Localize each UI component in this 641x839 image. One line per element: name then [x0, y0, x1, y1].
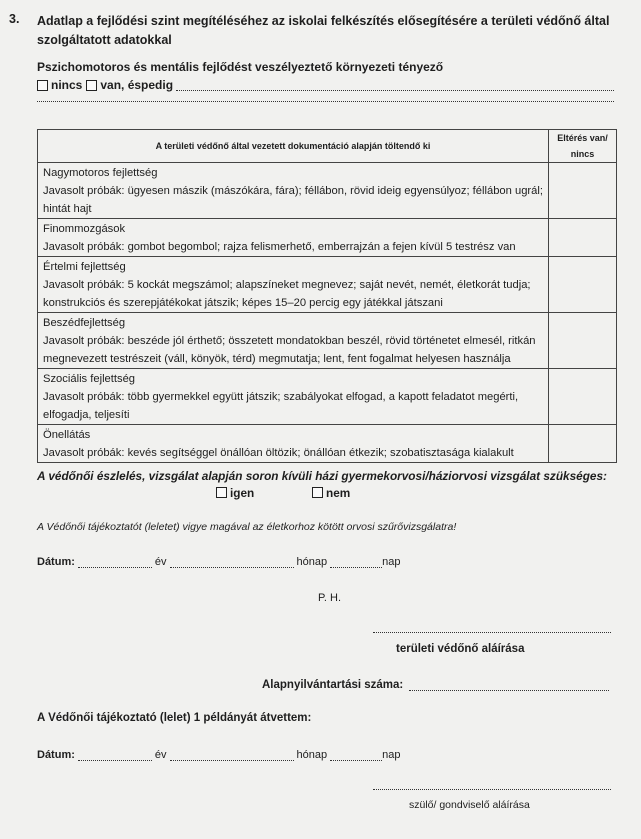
table-header-row: A területi védőnő által vezetett dokumen…	[38, 130, 617, 163]
exam-needed-no[interactable]: nem	[312, 486, 350, 500]
month-field[interactable]	[170, 558, 294, 568]
parent-signature-label: szülő/ gondviselő aláírása	[409, 799, 530, 811]
month-label: hónap	[297, 749, 328, 761]
row-title: Finommozgások	[43, 220, 543, 238]
row-title: Nagymotoros fejlettség	[43, 164, 543, 182]
table-row: Értelmi fejlettségJavasolt próbák: 5 koc…	[38, 257, 617, 313]
date-row-nurse: Dátum: év hónap nap	[37, 556, 400, 568]
row-content: Szociális fejlettségJavasolt próbák: töb…	[38, 369, 549, 425]
checkbox-yes[interactable]	[86, 80, 97, 91]
deviation-cell[interactable]	[549, 219, 617, 257]
registration-row: Alapnyilvántartási száma:	[262, 679, 612, 691]
deviation-cell[interactable]	[549, 425, 617, 463]
row-description: Javasolt próbák: 5 kockát megszámol; ala…	[43, 276, 543, 312]
development-table: A területi védőnő által vezetett dokumen…	[37, 129, 617, 463]
exam-needed-yes[interactable]: igen	[216, 486, 254, 500]
header-deviation: Eltérés van/ nincs	[549, 130, 617, 163]
deviation-cell[interactable]	[549, 257, 617, 313]
option-yes-label: van, éspedig	[100, 78, 173, 92]
date-row-parent: Dátum: év hónap nap	[37, 749, 400, 761]
day-field[interactable]	[330, 751, 382, 761]
row-title: Értelmi fejlettség	[43, 258, 543, 276]
row-title: Önellátás	[43, 426, 543, 444]
row-description: Javasolt próbák: beszéde jól érthető; ös…	[43, 332, 543, 368]
stamp-label: P. H.	[318, 592, 341, 604]
date-label: Dátum:	[37, 749, 75, 761]
month-field[interactable]	[170, 751, 294, 761]
row-description: Javasolt próbák: ügyesen mászik (mászóká…	[43, 182, 543, 218]
date-label: Dátum:	[37, 556, 75, 568]
day-label: nap	[382, 749, 400, 761]
igen-label: igen	[230, 486, 254, 500]
year-label: év	[155, 749, 167, 761]
received-title: A Védőnői tájékoztató (lelet) 1 példányá…	[37, 712, 311, 724]
month-label: hónap	[297, 556, 328, 568]
table-row: ÖnellátásJavasolt próbák: kevés segítség…	[38, 425, 617, 463]
section-title: Adatlap a fejlődési szint megítéléséhez …	[37, 12, 617, 50]
row-content: FinommozgásokJavasolt próbák: gombot beg…	[38, 219, 549, 257]
table-row: Szociális fejlettségJavasolt próbák: töb…	[38, 369, 617, 425]
row-description: Javasolt próbák: több gyermekkel együtt …	[43, 388, 543, 424]
checkbox-igen[interactable]	[216, 487, 227, 498]
day-field[interactable]	[330, 558, 382, 568]
environment-factor-options: nincs van, éspedig	[37, 78, 614, 92]
row-title: Beszédfejlettség	[43, 314, 543, 332]
year-label: év	[155, 556, 167, 568]
deviation-cell[interactable]	[549, 163, 617, 219]
year-field[interactable]	[78, 558, 152, 568]
row-content: Nagymotoros fejlettségJavasolt próbák: ü…	[38, 163, 549, 219]
nurse-signature-field[interactable]	[373, 632, 611, 633]
section-number: 3.	[9, 12, 19, 26]
deviation-cell[interactable]	[549, 369, 617, 425]
registration-label: Alapnyilvántartási száma:	[262, 679, 403, 691]
header-documentation: A területi védőnő által vezetett dokumen…	[38, 130, 549, 163]
option-none-label: nincs	[51, 78, 82, 92]
row-description: Javasolt próbák: gombot begombol; rajza …	[43, 238, 543, 256]
bring-note: A Védőnői tájékoztatót (leletet) vigye m…	[37, 521, 456, 533]
parent-signature-field[interactable]	[373, 789, 611, 790]
environment-detail-field[interactable]	[176, 80, 614, 91]
nurse-signature-label: területi védőnő aláírása	[396, 643, 524, 655]
checkbox-none[interactable]	[37, 80, 48, 91]
table-row: BeszédfejlettségJavasolt próbák: beszéde…	[38, 313, 617, 369]
year-field[interactable]	[78, 751, 152, 761]
environment-detail-field-line2[interactable]	[37, 100, 614, 102]
table-row: FinommozgásokJavasolt próbák: gombot beg…	[38, 219, 617, 257]
exam-needed-question: A védőnői észlelés, vizsgálat alapján so…	[37, 469, 607, 483]
registration-field[interactable]	[409, 681, 609, 691]
nem-label: nem	[326, 486, 350, 500]
row-content: Értelmi fejlettségJavasolt próbák: 5 koc…	[38, 257, 549, 313]
row-description: Javasolt próbák: kevés segítséggel önáll…	[43, 444, 543, 462]
environment-factor-title: Pszichomotoros és mentális fejlődést ves…	[37, 60, 443, 74]
row-content: ÖnellátásJavasolt próbák: kevés segítség…	[38, 425, 549, 463]
day-label: nap	[382, 556, 400, 568]
row-title: Szociális fejlettség	[43, 370, 543, 388]
row-content: BeszédfejlettségJavasolt próbák: beszéde…	[38, 313, 549, 369]
table-row: Nagymotoros fejlettségJavasolt próbák: ü…	[38, 163, 617, 219]
deviation-cell[interactable]	[549, 313, 617, 369]
checkbox-nem[interactable]	[312, 487, 323, 498]
